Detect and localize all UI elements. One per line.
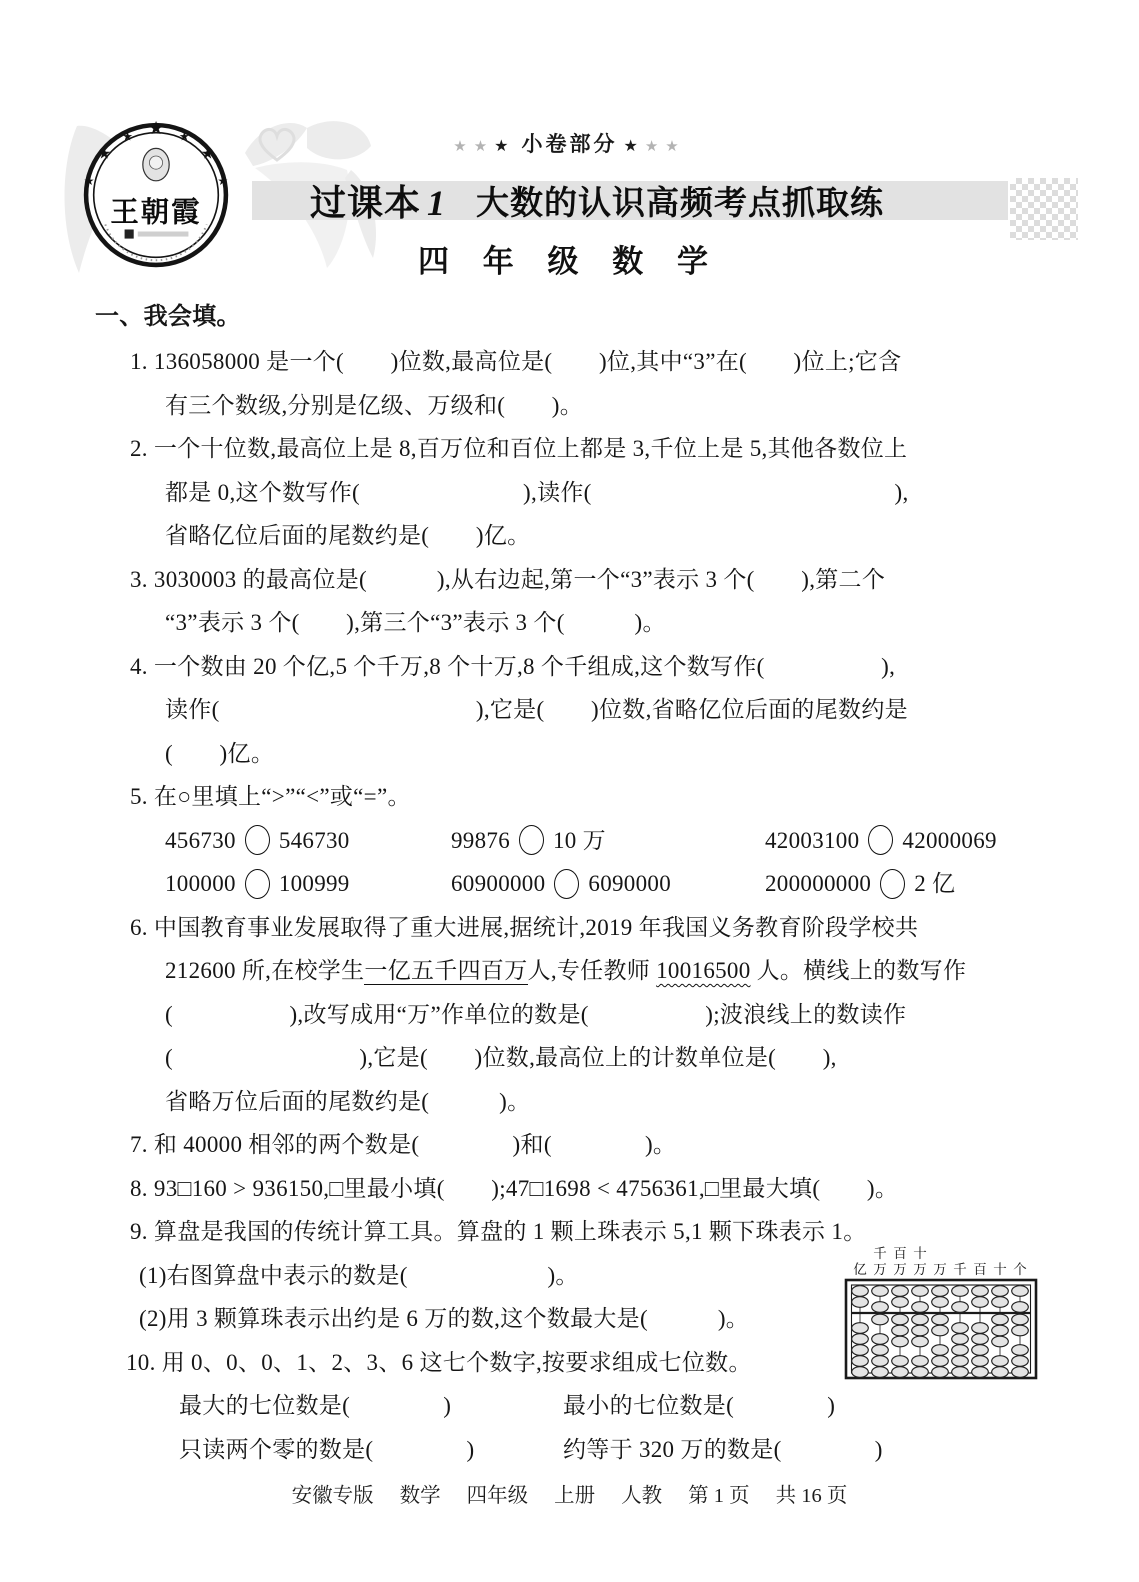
svg-text:百: 百 <box>893 1246 907 1261</box>
footer-edition: 安徽专版 <box>292 1485 374 1507</box>
grade-subject-subtitle: 四 年 级 数 学 <box>0 236 1139 281</box>
section-title: 一、我会填。 <box>95 294 1081 340</box>
q6-line5: 省略万位后面的尾数约是( )。 <box>95 1080 1081 1124</box>
series-badge: ★★★小卷部分★★★ <box>0 128 1139 158</box>
q2-line3: 省略亿位后面的尾数约是( )亿。 <box>95 514 1081 558</box>
abacus-svg: 亿万万万万千百十个千百十 <box>838 1234 1046 1390</box>
q10-blank-two-zeros: 只读两个零的数是( ) <box>179 1428 563 1472</box>
comparison-circle <box>868 825 893 855</box>
q2-line1: 2. 一个十位数,最高位上是 8,百万位和百位上都是 3,千位上是 5,其他各数… <box>95 427 1081 471</box>
q6-line1: 6. 中国教育事业发展取得了重大进展,据统计,2019 年我国义务教育阶段学校共 <box>95 906 1081 950</box>
q10-blank-max: 最大的七位数是( ) <box>179 1384 563 1428</box>
svg-text:★: ★ <box>84 174 95 188</box>
footer-volume: 上册 <box>554 1485 595 1507</box>
q1-line2: 有三个数级,分别是亿级、万级和( )。 <box>95 384 1081 428</box>
abacus-figure: 亿万万万万千百十个千百十 <box>838 1234 1046 1390</box>
svg-text:万: 万 <box>933 1262 947 1277</box>
stars-right-gray: ★★ <box>645 138 686 155</box>
q10-blank-min: 最小的七位数是( ) <box>563 1393 835 1418</box>
comparison-circle <box>554 869 579 899</box>
comparison-circle <box>245 825 270 855</box>
comparison-item: 9987610 万 <box>451 819 765 863</box>
svg-text:十: 十 <box>993 1262 1007 1277</box>
lesson-label: 过课本1 <box>310 175 446 226</box>
comparison-circle <box>519 825 544 855</box>
comparison-circle <box>245 869 270 899</box>
q6-line3: ( ),改写成用“万”作单位的数是( );波浪线上的数读作 <box>95 993 1081 1037</box>
page-footer: 安徽专版数学四年级上册人教第 1 页共 16 页 <box>0 1478 1139 1508</box>
q7-line1: 7. 和 40000 相邻的两个数是( )和( )。 <box>95 1123 1081 1167</box>
q5-compare-row1: 456730546730 9987610 万 4200310042000069 <box>95 819 1081 863</box>
compare-right: 6090000 <box>588 862 671 906</box>
svg-text:千: 千 <box>873 1246 887 1261</box>
checker-decoration <box>1010 178 1078 240</box>
q6-text: 人。横线上的数写作 <box>751 958 967 983</box>
compare-left: 200000000 <box>765 862 871 906</box>
footer-page-total: 共 16 页 <box>776 1485 848 1507</box>
compare-left: 456730 <box>165 819 236 863</box>
lesson-number: 1 <box>427 183 446 223</box>
comparison-item: 609000006090000 <box>451 862 765 906</box>
comparison-item: 456730546730 <box>165 819 451 863</box>
stars-left-gray: ★★ <box>453 138 494 155</box>
q4-line1: 4. 一个数由 20 个亿,5 个千万,8 个十万,8 个千组成,这个数写作( … <box>95 645 1081 689</box>
worksheet-page: ★ ★ ★ ★ ★ ★ ★ 王朝霞 ★★★小卷部分★★★ 过课本1 大数的认识高… <box>0 0 1139 1582</box>
comparison-item: 100000100999 <box>165 862 451 906</box>
q6-text: 人,专任教师 <box>528 958 657 983</box>
svg-text:★: ★ <box>217 174 228 188</box>
star-right-black: ★ <box>624 138 645 155</box>
q10-line3: 只读两个零的数是( )约等于 320 万的数是( ) <box>95 1428 1081 1472</box>
svg-text:千: 千 <box>953 1262 967 1277</box>
series-badge-label: 小卷部分 <box>522 133 618 156</box>
compare-left: 100000 <box>165 862 236 906</box>
comparison-item: 2000000002 亿 <box>765 862 955 906</box>
compare-right: 10 万 <box>553 819 606 863</box>
comparison-circle <box>880 869 905 899</box>
footer-publisher: 人教 <box>621 1485 662 1507</box>
svg-text:十: 十 <box>913 1246 927 1261</box>
q2-line2: 都是 0,这个数写作( ),读作( ), <box>95 471 1081 515</box>
svg-text:个: 个 <box>1013 1262 1027 1277</box>
q6-line4: ( ),它是( )位数,最高位上的计数单位是( ), <box>95 1036 1081 1080</box>
q10-line2: 最大的七位数是( )最小的七位数是( ) <box>95 1384 1081 1428</box>
underlined-number-words: 一亿五千四百万 <box>364 958 527 985</box>
svg-text:万: 万 <box>873 1262 887 1277</box>
q5-line1: 5. 在○里填上“>”“<”或“=”。 <box>95 775 1081 819</box>
q10-blank-approx: 约等于 320 万的数是( ) <box>563 1437 883 1462</box>
q4-line3: ( )亿。 <box>95 732 1081 776</box>
q6-line2: 212600 所,在校学生一亿五千四百万人,专任教师 10016500 人。横线… <box>95 949 1081 993</box>
compare-right: 2 亿 <box>914 862 955 906</box>
compare-right: 546730 <box>279 819 350 863</box>
svg-text:万: 万 <box>893 1262 907 1277</box>
star-left-black: ★ <box>494 138 515 155</box>
page-title: 大数的认识高频考点抓取练 <box>476 177 884 224</box>
footer-subject: 数学 <box>400 1485 441 1507</box>
footer-page-number: 第 1 页 <box>688 1485 750 1507</box>
q6-text: 212600 所,在校学生 <box>165 958 364 983</box>
wavy-underlined-number: 10016500 <box>656 958 750 983</box>
q4-line2: 读作( ),它是( )位数,省略亿位后面的尾数约是 <box>95 688 1081 732</box>
q5-compare-row2: 100000100999 609000006090000 2000000002 … <box>95 862 1081 906</box>
q3-line2: “3”表示 3 个( ),第三个“3”表示 3 个( )。 <box>95 601 1081 645</box>
svg-text:万: 万 <box>913 1262 927 1277</box>
footer-grade: 四年级 <box>467 1485 529 1507</box>
compare-left: 42003100 <box>765 819 859 863</box>
q3-line1: 3. 3030003 的最高位是( ),从右边起,第一个“3”表示 3 个( )… <box>95 558 1081 602</box>
q1-line1: 1. 136058000 是一个( )位数,最高位是( )位,其中“3”在( )… <box>95 340 1081 384</box>
title-band: 过课本1 大数的认识高频考点抓取练 <box>252 181 1008 220</box>
logo-name: 王朝霞 <box>110 196 201 228</box>
svg-text:亿: 亿 <box>853 1262 867 1277</box>
compare-right: 100999 <box>279 862 350 906</box>
q8-line1: 8. 93□160 > 936150,□里最小填( );47□1698 < 47… <box>95 1167 1081 1211</box>
compare-right: 42000069 <box>902 819 996 863</box>
svg-text:百: 百 <box>973 1262 987 1277</box>
comparison-item: 4200310042000069 <box>765 819 997 863</box>
compare-left: 60900000 <box>451 862 545 906</box>
compare-left: 99876 <box>451 819 510 863</box>
